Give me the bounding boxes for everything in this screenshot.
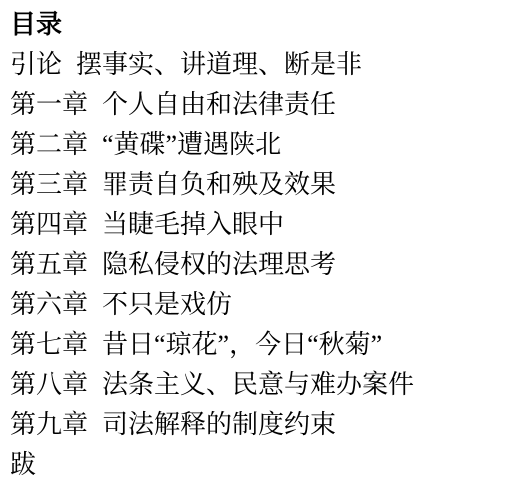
- toc-entry-intro: 引论摆事实、讲道理、断是非: [10, 45, 499, 85]
- toc-entry-chapter-4: 第四章当睫毛掉入眼中: [10, 205, 499, 245]
- toc-entry-chapter-6: 第六章不只是戏仿: [10, 285, 499, 325]
- toc-entry-label: 跋: [10, 450, 36, 479]
- toc-entry-title: 法条主义、民意与难办案件: [102, 370, 414, 399]
- toc-entry-postscript: 跋: [10, 445, 499, 485]
- toc-entry-chapter-1: 第一章个人自由和法律责任: [10, 85, 499, 125]
- toc-entry-label: 第五章: [10, 250, 88, 279]
- toc-entry-title: “黄碟”遭遇陕北: [102, 130, 281, 159]
- toc-entry-chapter-8: 第八章法条主义、民意与难办案件: [10, 365, 499, 405]
- toc-entry-label: 第一章: [10, 90, 88, 119]
- toc-entry-title: 摆事实、讲道理、断是非: [76, 50, 362, 79]
- toc-entry-title: 昔日“琼花”，今日“秋菊”: [102, 330, 382, 359]
- toc-entry-label: 第八章: [10, 370, 88, 399]
- toc-list: 引论摆事实、讲道理、断是非 第一章个人自由和法律责任 第二章“黄碟”遭遇陕北 第…: [10, 45, 499, 485]
- toc-entry-title: 罪责自负和殃及效果: [102, 170, 336, 199]
- toc-entry-label: 第三章: [10, 170, 88, 199]
- toc-entry-chapter-5: 第五章隐私侵权的法理思考: [10, 245, 499, 285]
- toc-entry-chapter-3: 第三章罪责自负和殃及效果: [10, 165, 499, 205]
- toc-page: 目录 引论摆事实、讲道理、断是非 第一章个人自由和法律责任 第二章“黄碟”遭遇陕…: [0, 0, 509, 500]
- toc-entry-label: 第二章: [10, 130, 88, 159]
- toc-entry-chapter-9: 第九章司法解释的制度约束: [10, 405, 499, 445]
- toc-entry-label: 第四章: [10, 210, 88, 239]
- toc-entry-title: 隐私侵权的法理思考: [102, 250, 336, 279]
- toc-entry-label: 第七章: [10, 330, 88, 359]
- toc-entry-chapter-2: 第二章“黄碟”遭遇陕北: [10, 125, 499, 165]
- toc-entry-label: 第六章: [10, 290, 88, 319]
- toc-entry-chapter-7: 第七章昔日“琼花”，今日“秋菊”: [10, 325, 499, 365]
- page-title: 目录: [10, 5, 499, 45]
- toc-entry-title: 司法解释的制度约束: [102, 410, 336, 439]
- toc-entry-title: 个人自由和法律责任: [102, 90, 336, 119]
- toc-entry-label: 第九章: [10, 410, 88, 439]
- toc-entry-title: 不只是戏仿: [102, 290, 232, 319]
- toc-entry-title: 当睫毛掉入眼中: [102, 210, 284, 239]
- toc-entry-label: 引论: [10, 50, 62, 79]
